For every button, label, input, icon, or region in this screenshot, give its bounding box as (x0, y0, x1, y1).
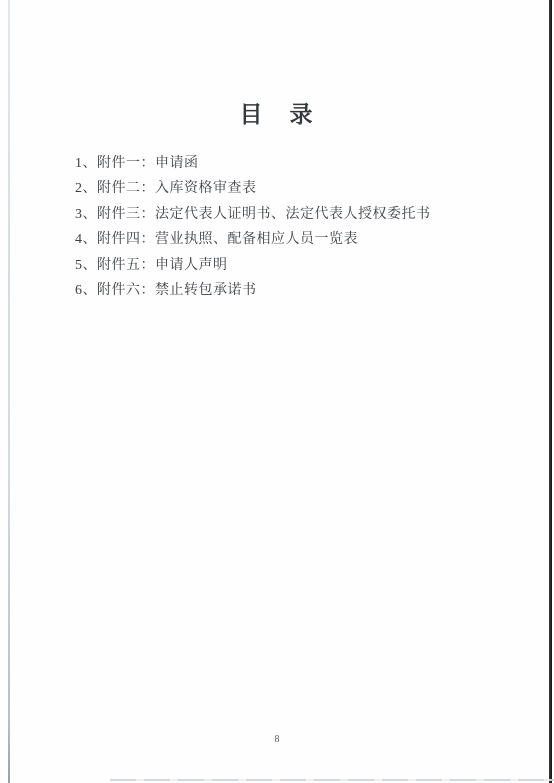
page-number: 8 (0, 734, 554, 745)
table-of-contents: 1、附件一：申请函 2、附件二：入库资格审查表 3、附件三：法定代表人证明书、法… (75, 151, 515, 303)
toc-item: 2、附件二：入库资格审查表 (75, 176, 515, 201)
toc-item: 3、附件三：法定代表人证明书、法定代表人授权委托书 (75, 202, 515, 227)
toc-item: 1、附件一：申请函 (75, 151, 515, 176)
scanned-document-page: 目 录 1、附件一：申请函 2、附件二：入库资格审查表 3、附件三：法定代表人证… (0, 0, 554, 783)
page-title: 目 录 (0, 96, 554, 129)
scan-artifact-bottom-edge (110, 779, 554, 781)
toc-item: 6、附件六：禁止转包承诺书 (75, 278, 515, 303)
toc-item: 5、附件五：申请人声明 (75, 253, 515, 278)
toc-item: 4、附件四：营业执照、配备相应人员一览表 (75, 227, 515, 252)
